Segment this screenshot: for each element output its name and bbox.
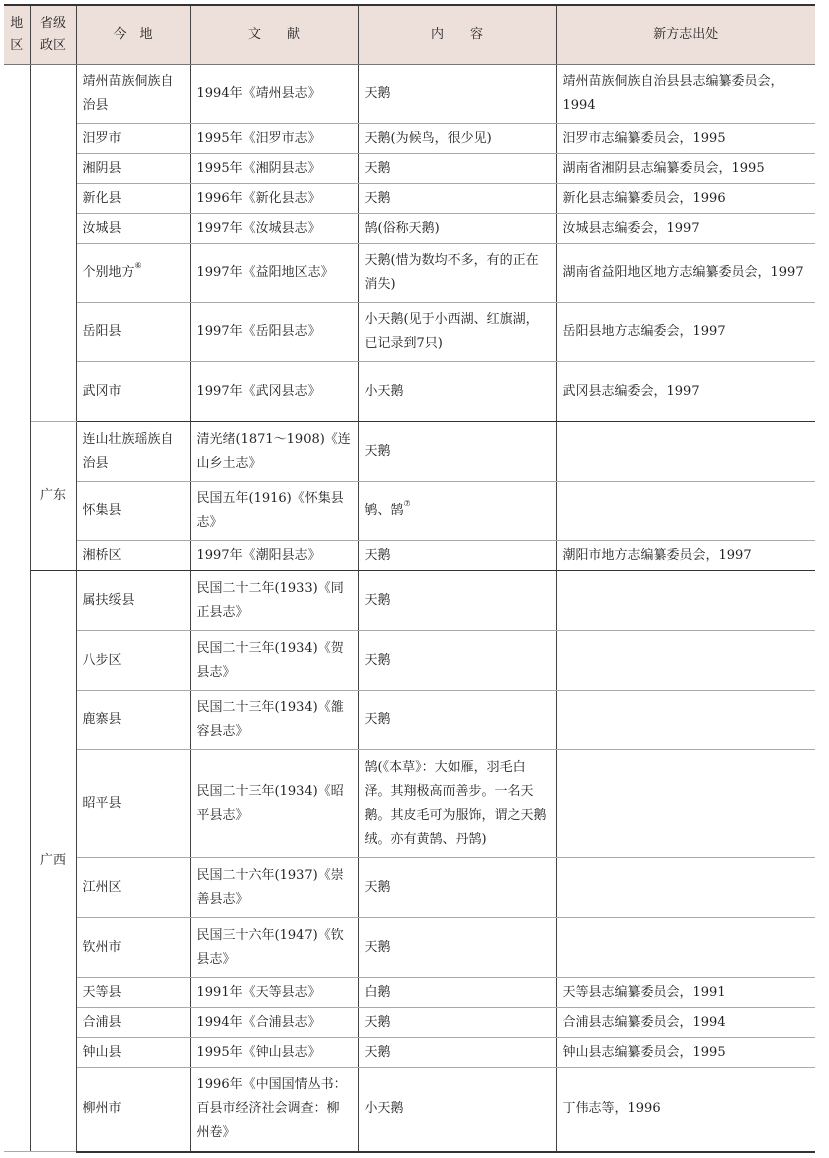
new-source-cell: 武冈县志编委会，1997: [556, 362, 815, 422]
new-source-cell: 汨罗市志编纂委员会，1995: [556, 124, 815, 154]
place-cell: 江州区: [76, 858, 190, 918]
new-source-cell: 汝城县志编委会，1997: [556, 214, 815, 244]
footnote-marker: ⑥: [135, 261, 142, 270]
place-cell: 武冈市: [76, 362, 190, 422]
table-row: 靖州苗族侗族自治县 1994年《靖州县志》 天鹅 靖州苗族侗族自治县县志编纂委员…: [4, 65, 815, 124]
new-source-cell: [556, 750, 815, 858]
table-row: 钦州市 民国三十六年(1947)《钦县志》 天鹅: [4, 918, 815, 978]
place-cell: 八步区: [76, 631, 190, 691]
new-source-cell: [556, 482, 815, 541]
content-cell: 天鹅: [358, 1038, 556, 1068]
place-cell: 个别地方⑥: [76, 244, 190, 303]
literature-cell: 1995年《汨罗市志》: [190, 124, 358, 154]
content-cell: 鸲、鹄⑦: [358, 482, 556, 541]
new-source-cell: 湖南省益阳地区地方志编纂委员会，1997: [556, 244, 815, 303]
place-cell: 汨罗市: [76, 124, 190, 154]
table-row: 岳阳县 1997年《岳阳县志》 小天鹅(见于小西湖、红旗湖，已记录到7只) 岳阳…: [4, 303, 815, 362]
content-cell: 天鹅: [358, 154, 556, 184]
place-cell: 属扶绥县: [76, 571, 190, 631]
new-source-cell: 湖南省湘阴县志编纂委员会，1995: [556, 154, 815, 184]
table-row: 怀集县 民国五年(1916)《怀集县志》 鸲、鹄⑦: [4, 482, 815, 541]
place-cell: 岳阳县: [76, 303, 190, 362]
new-source-cell: 新化县志编纂委员会，1996: [556, 184, 815, 214]
table-row: 昭平县 民国二十三年(1934)《昭平县志》 鹄(《本草》：大如雁，羽毛白泽。其…: [4, 750, 815, 858]
content-cell: 天鹅(为候鸟，很少见): [358, 124, 556, 154]
literature-cell: 1996年《新化县志》: [190, 184, 358, 214]
header-place: 今 地: [76, 5, 190, 65]
table-row: 天等县 1991年《天等县志》 白鹅 天等县志编纂委员会，1991: [4, 978, 815, 1008]
content-cell: 天鹅: [358, 858, 556, 918]
table-header-row: 地区 省级政区 今 地 文 献 内 容 新方志出处: [4, 5, 815, 65]
header-region: 地区: [4, 5, 30, 65]
content-cell: 天鹅: [358, 1008, 556, 1038]
literature-cell: 清光绪(1871～1908)《连山乡土志》: [190, 422, 358, 482]
province-cell: 广东: [30, 422, 76, 571]
content-cell: 小天鹅: [358, 1068, 556, 1152]
content-cell: 白鹅: [358, 978, 556, 1008]
literature-cell: 1996年《中国国情丛书：百县市经济社会调查：柳州卷》: [190, 1068, 358, 1152]
table-row: 湘桥区 1997年《潮阳县志》 天鹅 潮阳市地方志编纂委员会，1997: [4, 541, 815, 571]
new-source-cell: [556, 918, 815, 978]
place-cell: 靖州苗族侗族自治县: [76, 65, 190, 124]
header-content: 内 容: [358, 5, 556, 65]
new-source-cell: 天等县志编纂委员会，1991: [556, 978, 815, 1008]
literature-cell: 1997年《武冈县志》: [190, 362, 358, 422]
place-cell: 天等县: [76, 978, 190, 1008]
content-cell: 天鹅(惜为数均不多，有的正在消失): [358, 244, 556, 303]
province-cell: 广西: [30, 571, 76, 1152]
new-source-cell: [556, 631, 815, 691]
literature-cell: 1994年《合浦县志》: [190, 1008, 358, 1038]
table-row: 个别地方⑥ 1997年《益阳地区志》 天鹅(惜为数均不多，有的正在消失) 湖南省…: [4, 244, 815, 303]
table-row: 八步区 民国二十三年(1934)《贺县志》 天鹅: [4, 631, 815, 691]
place-cell: 钟山县: [76, 1038, 190, 1068]
place-cell: 昭平县: [76, 750, 190, 858]
place-cell: 连山壮族瑶族自治县: [76, 422, 190, 482]
table-row: 湘阴县 1995年《湘阴县志》 天鹅 湖南省湘阴县志编纂委员会，1995: [4, 154, 815, 184]
new-source-cell: 岳阳县地方志编委会，1997: [556, 303, 815, 362]
literature-cell: 1997年《益阳地区志》: [190, 244, 358, 303]
new-source-cell: 钟山县志编纂委员会，1995: [556, 1038, 815, 1068]
new-source-cell: 合浦县志编纂委员会，1994: [556, 1008, 815, 1038]
table-row: 广东 连山壮族瑶族自治县 清光绪(1871～1908)《连山乡土志》 天鹅: [4, 422, 815, 482]
place-cell: 合浦县: [76, 1008, 190, 1038]
literature-cell: 民国二十三年(1934)《昭平县志》: [190, 750, 358, 858]
new-source-cell: 丁伟志等，1996: [556, 1068, 815, 1152]
content-cell: 天鹅: [358, 918, 556, 978]
literature-cell: 1997年《汝城县志》: [190, 214, 358, 244]
table-row: 新化县 1996年《新化县志》 天鹅 新化县志编纂委员会，1996: [4, 184, 815, 214]
content-cell: 天鹅: [358, 571, 556, 631]
literature-cell: 民国二十三年(1934)《雒容县志》: [190, 691, 358, 750]
place-cell: 柳州市: [76, 1068, 190, 1152]
content-cell: 天鹅: [358, 184, 556, 214]
header-new-source: 新方志出处: [556, 5, 815, 65]
content-cell: 天鹅: [358, 65, 556, 124]
header-province: 省级政区: [30, 5, 76, 65]
literature-cell: 1995年《钟山县志》: [190, 1038, 358, 1068]
literature-cell: 1991年《天等县志》: [190, 978, 358, 1008]
table-row: 武冈市 1997年《武冈县志》 小天鹅 武冈县志编委会，1997: [4, 362, 815, 422]
place-cell: 钦州市: [76, 918, 190, 978]
table-row: 钟山县 1995年《钟山县志》 天鹅 钟山县志编纂委员会，1995: [4, 1038, 815, 1068]
table-row: 江州区 民国二十六年(1937)《崇善县志》 天鹅: [4, 858, 815, 918]
table-row: 柳州市 1996年《中国国情丛书：百县市经济社会调查：柳州卷》 小天鹅 丁伟志等…: [4, 1068, 815, 1152]
new-source-cell: [556, 571, 815, 631]
new-source-cell: [556, 422, 815, 482]
content-cell: 鹄(俗称天鹅): [358, 214, 556, 244]
place-cell: 鹿寨县: [76, 691, 190, 750]
literature-cell: 1995年《湘阴县志》: [190, 154, 358, 184]
province-cell: [30, 65, 76, 422]
content-cell: 天鹅: [358, 422, 556, 482]
content-cell: 天鹅: [358, 631, 556, 691]
literature-cell: 民国三十六年(1947)《钦县志》: [190, 918, 358, 978]
place-cell: 新化县: [76, 184, 190, 214]
header-literature: 文 献: [190, 5, 358, 65]
new-source-cell: 靖州苗族侗族自治县县志编纂委员会，1994: [556, 65, 815, 124]
new-source-cell: [556, 858, 815, 918]
content-text: 鸲、鹄: [365, 503, 404, 518]
table-row: 广西 属扶绥县 民国二十二年(1933)《同正县志》 天鹅: [4, 571, 815, 631]
place-text: 个别地方: [83, 265, 135, 280]
literature-cell: 民国二十六年(1937)《崇善县志》: [190, 858, 358, 918]
place-cell: 湘阴县: [76, 154, 190, 184]
content-cell: 天鹅: [358, 541, 556, 571]
place-cell: 湘桥区: [76, 541, 190, 571]
literature-cell: 民国五年(1916)《怀集县志》: [190, 482, 358, 541]
table-row: 汨罗市 1995年《汨罗市志》 天鹅(为候鸟，很少见) 汨罗市志编纂委员会，19…: [4, 124, 815, 154]
gazetteer-table: 地区 省级政区 今 地 文 献 内 容 新方志出处 靖州苗族侗族自治县 1994…: [4, 4, 815, 1153]
new-source-cell: [556, 691, 815, 750]
literature-cell: 民国二十三年(1934)《贺县志》: [190, 631, 358, 691]
region-cell: [4, 65, 30, 1152]
content-cell: 小天鹅(见于小西湖、红旗湖，已记录到7只): [358, 303, 556, 362]
table-row: 汝城县 1997年《汝城县志》 鹄(俗称天鹅) 汝城县志编委会，1997: [4, 214, 815, 244]
content-cell: 小天鹅: [358, 362, 556, 422]
content-cell: 鹄(《本草》：大如雁，羽毛白泽。其翔极高而善步。一名天鹅。其皮毛可为服饰，谓之天…: [358, 750, 556, 858]
place-cell: 汝城县: [76, 214, 190, 244]
content-cell: 天鹅: [358, 691, 556, 750]
table-row: 合浦县 1994年《合浦县志》 天鹅 合浦县志编纂委员会，1994: [4, 1008, 815, 1038]
literature-cell: 1997年《岳阳县志》: [190, 303, 358, 362]
place-cell: 怀集县: [76, 482, 190, 541]
new-source-cell: 潮阳市地方志编纂委员会，1997: [556, 541, 815, 571]
literature-cell: 1994年《靖州县志》: [190, 65, 358, 124]
table-row: 鹿寨县 民国二十三年(1934)《雒容县志》 天鹅: [4, 691, 815, 750]
literature-cell: 民国二十二年(1933)《同正县志》: [190, 571, 358, 631]
footnote-marker: ⑦: [404, 499, 411, 508]
literature-cell: 1997年《潮阳县志》: [190, 541, 358, 571]
